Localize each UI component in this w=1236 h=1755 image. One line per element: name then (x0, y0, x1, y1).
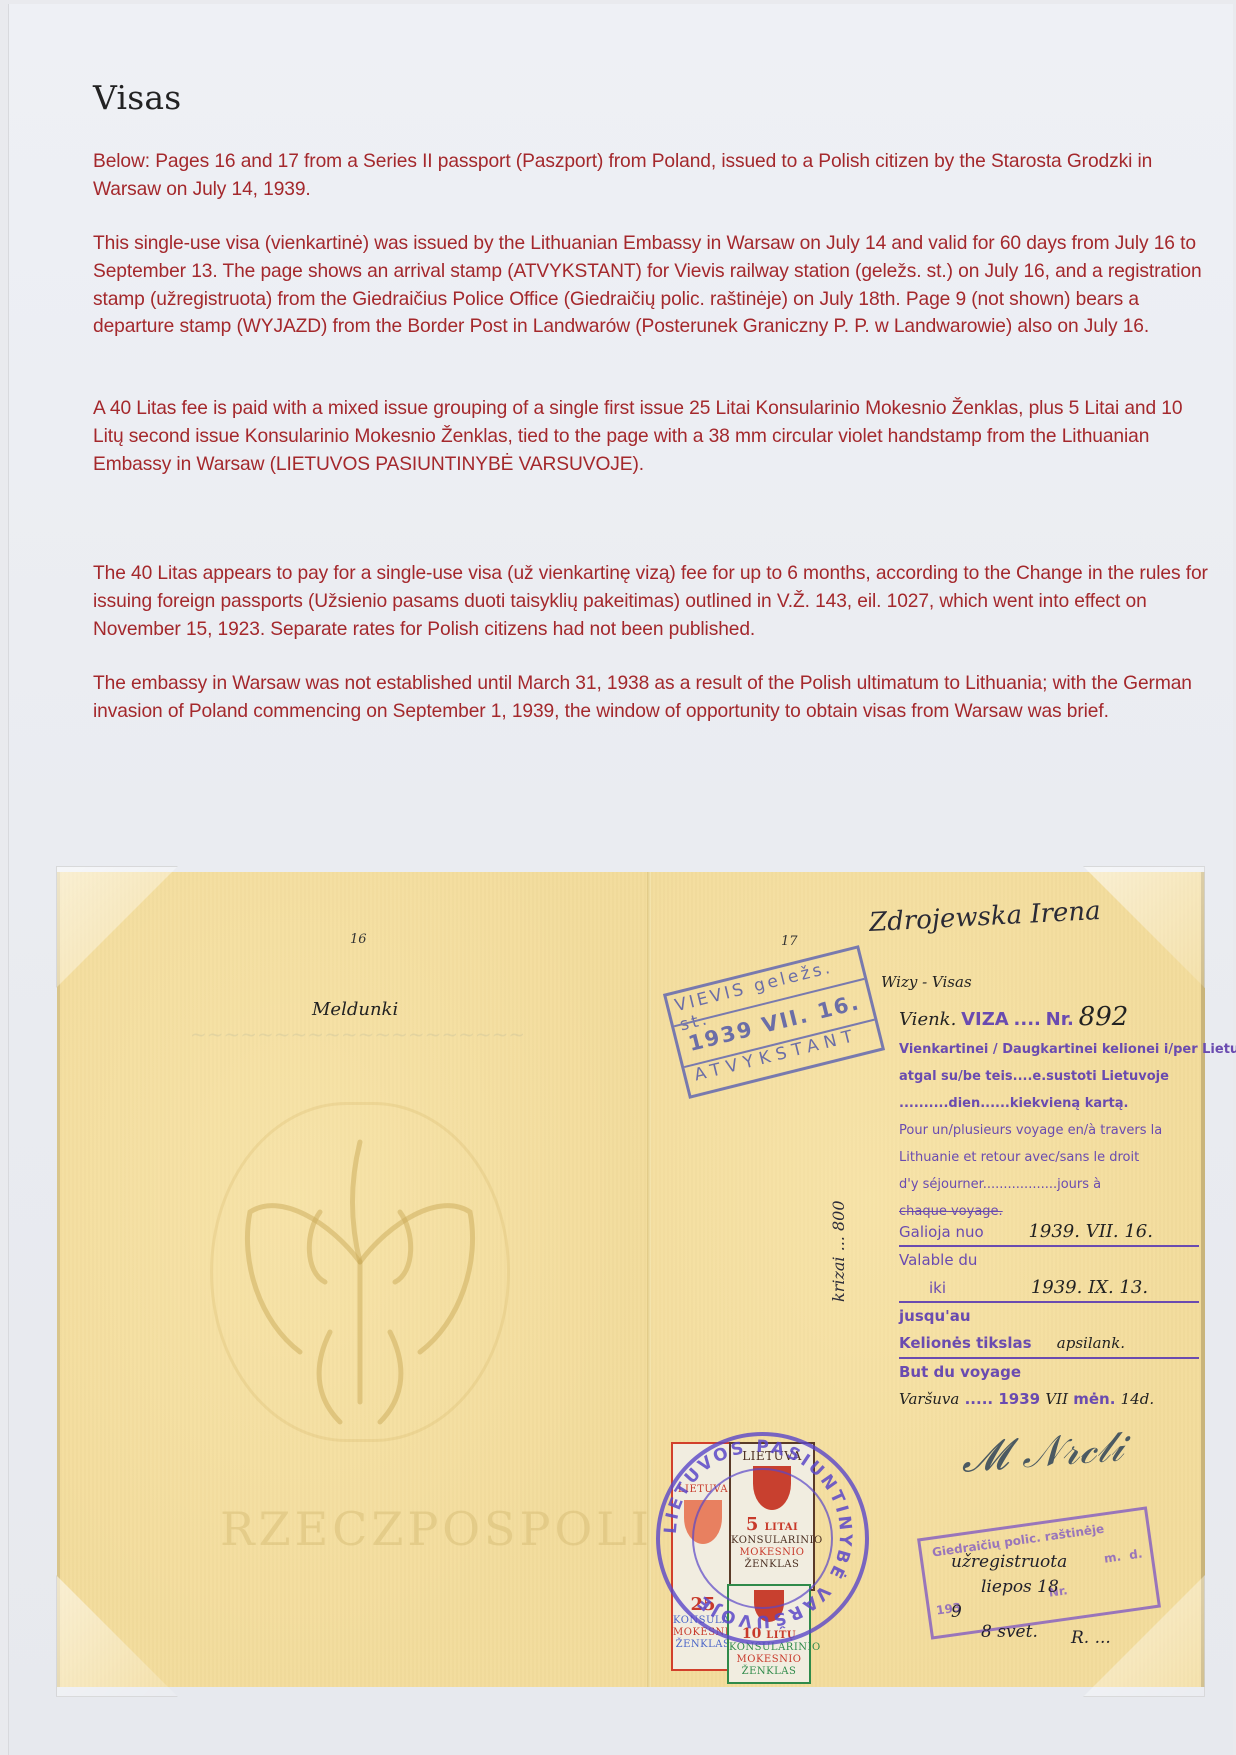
intro-paragraph: Below: Pages 16 and 17 from a Series II … (93, 148, 1213, 204)
photo-corner (1083, 866, 1205, 988)
visa-title: VIZA (961, 1009, 1009, 1030)
page-title: Visas (93, 78, 181, 117)
visa-purpose: apsilank. (1057, 1334, 1125, 1352)
fee-paragraph: A 40 Litas fee is paid with a mixed issu… (93, 395, 1213, 478)
revenue-stamp-5-litai: LIETUVA 5 LITAI KONSULARINIO MOKESNIO ŽE… (729, 1442, 815, 1591)
visa-number: 892 (1079, 1002, 1129, 1032)
revenue-stamp-25-litai: LIETUVA 25 KONSULARINIO MOKESNIO ŽENKLAS (671, 1442, 735, 1671)
album-page: Visas Below: Pages 16 and 17 from a Seri… (8, 4, 1233, 1755)
photo-corner (56, 1575, 178, 1697)
show-through-text: ~~~~~~~~~~~~~~~~~~~~ (190, 1022, 525, 1046)
consul-signature: 𝓜 𝒩𝓇𝒸𝓁𝒾 (959, 1421, 1125, 1482)
valid-from-date: 1939. VII. 16. (1028, 1221, 1153, 1242)
embossed-eagle-icon (210, 1102, 510, 1442)
page-number: 16 (350, 932, 367, 947)
visas-heading: Wizy - Visas (881, 973, 972, 991)
passport-spread: 16 Meldunki ~~~~~~~~~~~~~~~~~~~~ (53, 872, 1209, 1687)
history-paragraph: The embassy in Warsaw was not establishe… (93, 670, 1213, 726)
passport-page-17: Zdrojewska Irena 17 VIEVIS geležs. st. 1… (651, 872, 1205, 1687)
page-heading: Meldunki (312, 999, 398, 1020)
rate-paragraph: The 40 Litas appears to pay for a single… (93, 560, 1213, 643)
visa-form: Vienk. VIZA .... Nr. 892 Vienkartinei / … (899, 1004, 1199, 1413)
passport-page-16: 16 Meldunki ~~~~~~~~~~~~~~~~~~~~ (57, 872, 652, 1687)
revenue-stamp-10-litu: 10 LITŲ KONSULARINIO MOKESNIO ŽENKLAS (727, 1584, 811, 1684)
handwritten-holder-name: Zdrojewska Irena (868, 896, 1101, 938)
vertical-pencil-notes: krizai ... 800 (829, 1002, 848, 1302)
photo-corner (56, 866, 178, 988)
registration-handwriting: užregistruota (951, 1552, 1067, 1572)
page-number: 17 (781, 934, 798, 949)
visa-description-paragraph: This single-use visa (vienkartinė) was i… (93, 230, 1213, 341)
arrival-stamp: VIEVIS geležs. st. 1939 VII. 16. ATVYKST… (663, 945, 885, 1099)
valid-to-date: 1939. IX. 13. (1031, 1277, 1148, 1298)
